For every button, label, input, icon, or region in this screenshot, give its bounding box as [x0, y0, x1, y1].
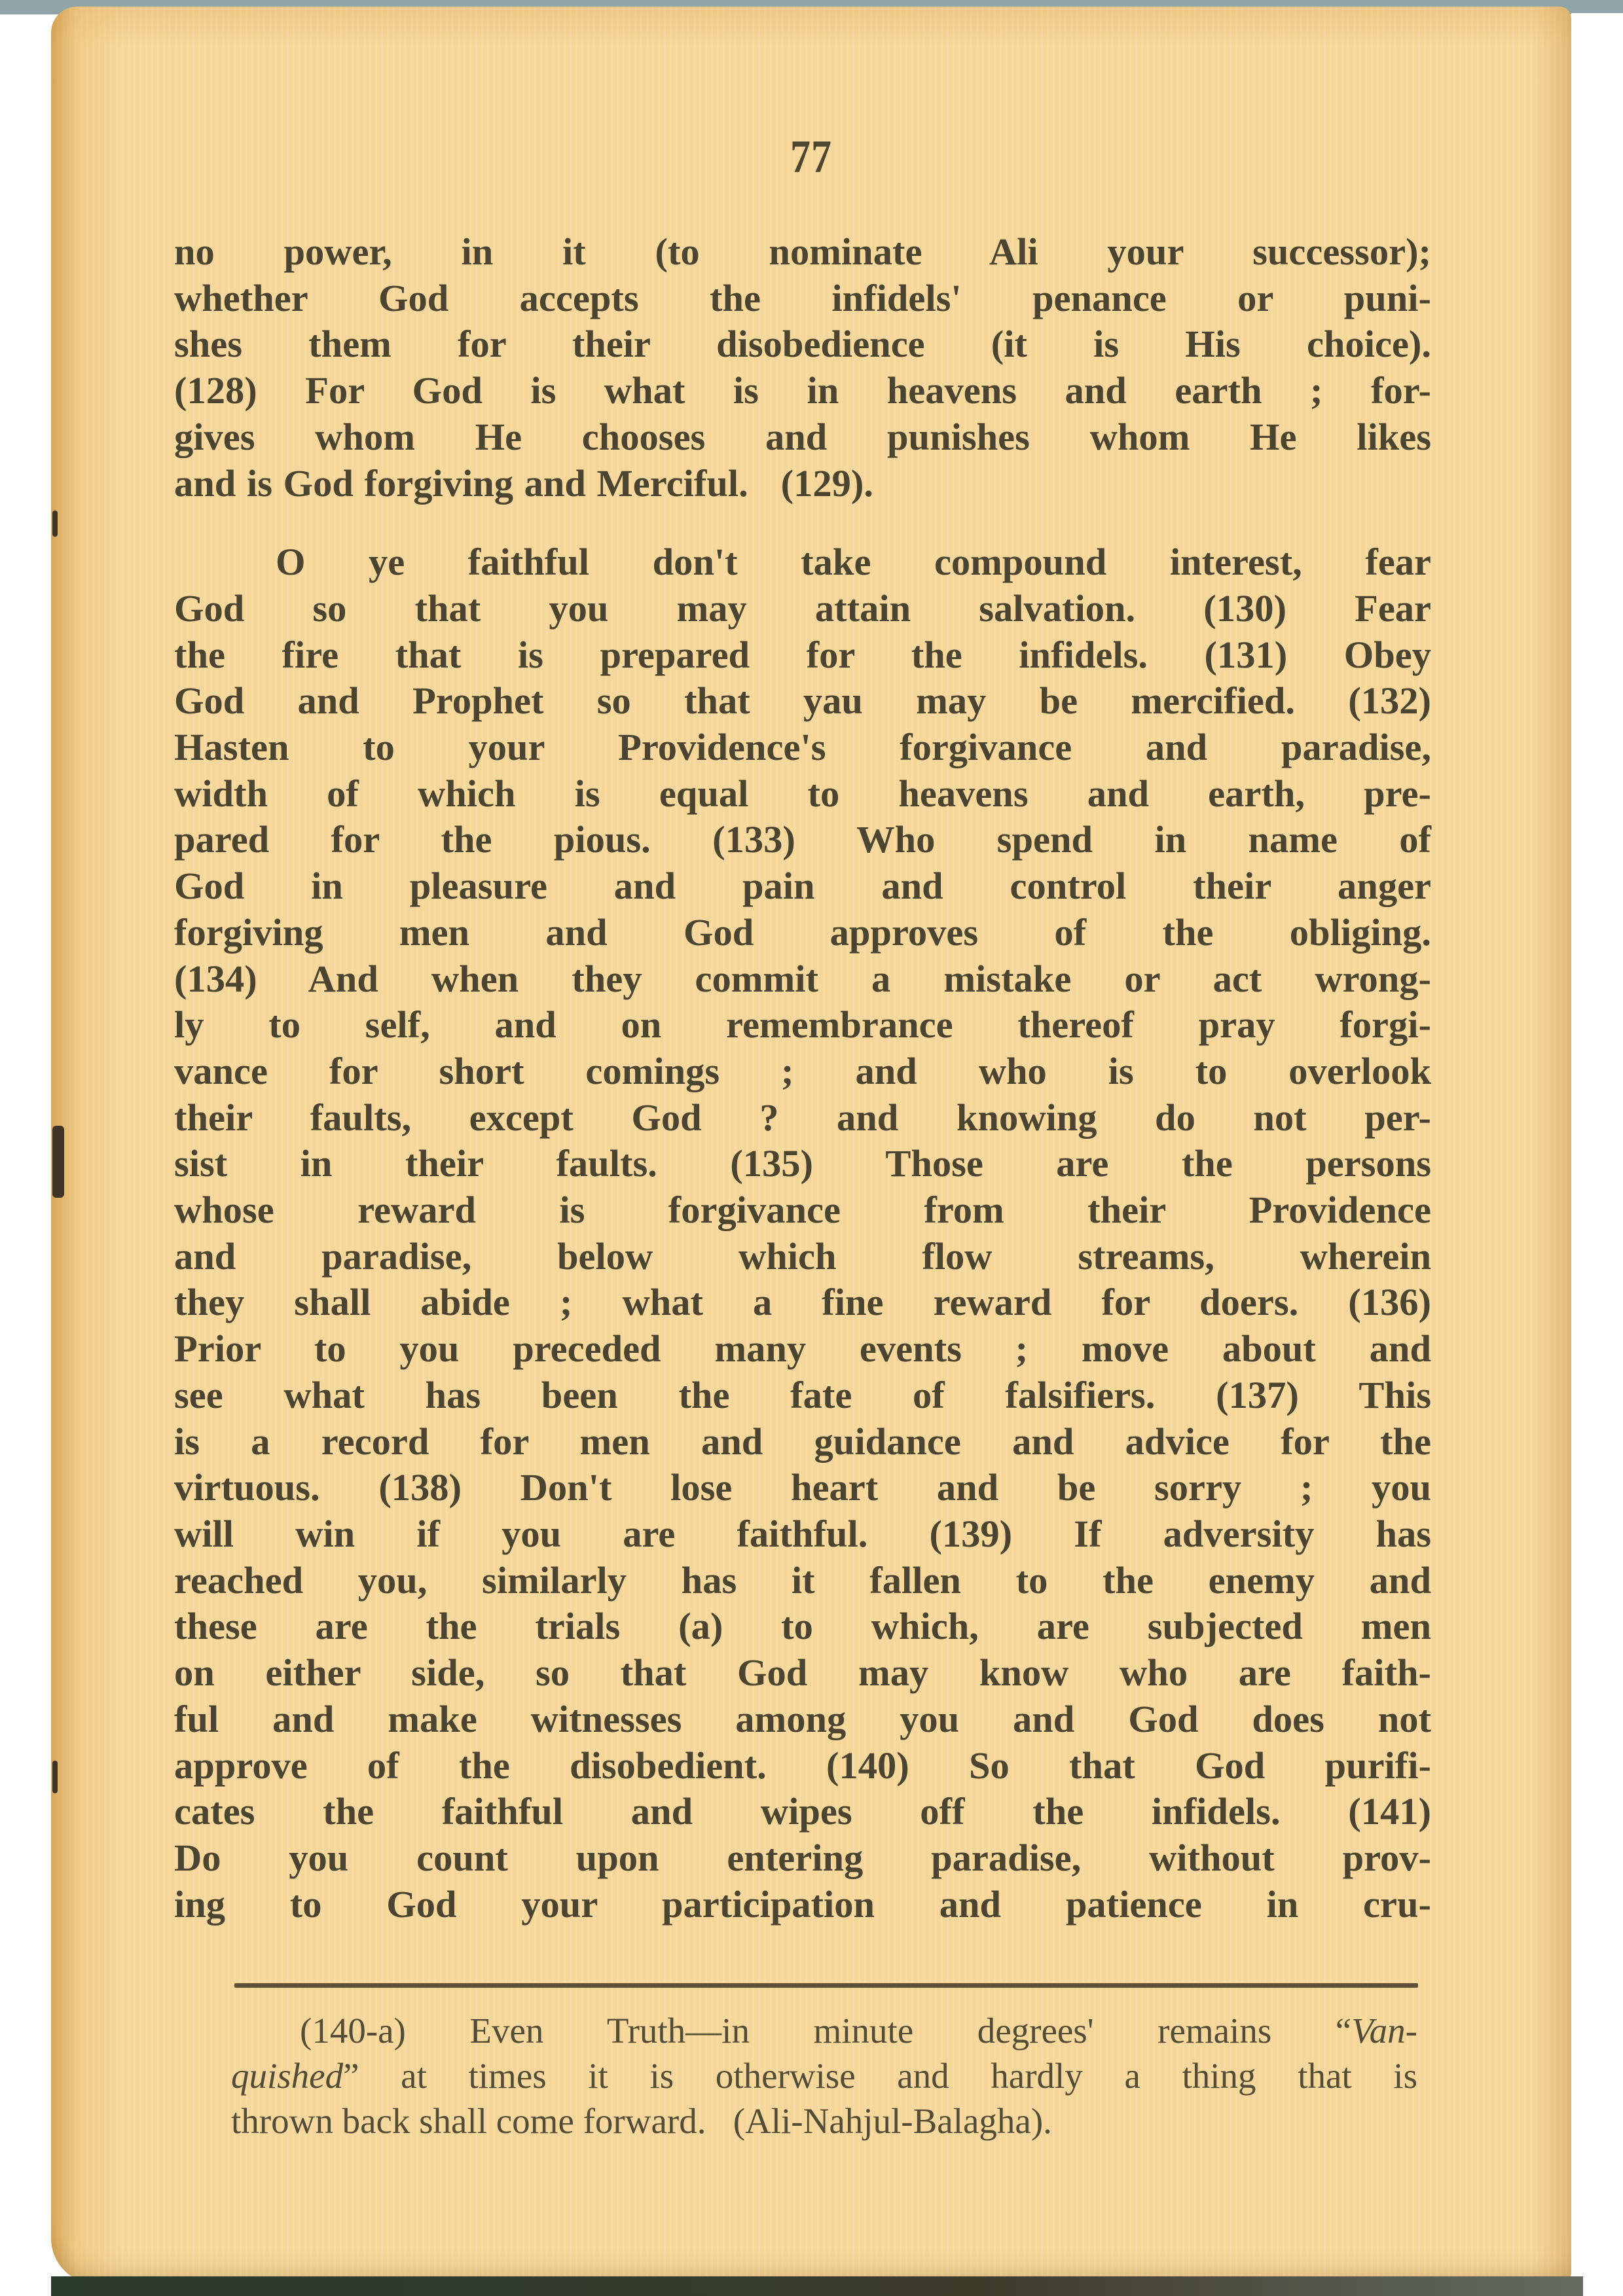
- footnote-divider: [234, 1983, 1418, 1988]
- binding-mark: [52, 1761, 58, 1793]
- text-line: will win if you are faithful. (139) If a…: [174, 1511, 1431, 1558]
- scanner-right-edge: [1571, 13, 1623, 2296]
- footnote-line: (140-a) Even Truth—in minute degrees' re…: [231, 2008, 1417, 2053]
- text-line: cates the faithful and wipes off the inf…: [174, 1789, 1431, 1835]
- text-line: (128) For God is what is in heavens and …: [174, 368, 1431, 414]
- text-line: and paradise, below which flow streams, …: [174, 1234, 1431, 1280]
- text-line: ing to God your participation and patien…: [174, 1882, 1431, 1928]
- text-line: reached you, similarly has it fallen to …: [174, 1558, 1431, 1604]
- text-line: whose reward is forgivance from their Pr…: [174, 1187, 1431, 1234]
- text-line: shes them for their disobedience (it is …: [174, 321, 1431, 368]
- text-line: these are the trials (a) to which, are s…: [174, 1604, 1431, 1650]
- text-line: Prior to you preceded many events ; move…: [174, 1326, 1431, 1372]
- text-line: no power, in it (to nominate Ali your su…: [174, 229, 1431, 276]
- text-line: forgiving men and God approves of the ob…: [174, 910, 1431, 956]
- text-line: ly to self, and on remembrance thereof p…: [174, 1002, 1431, 1049]
- body-text: no power, in it (to nominate Ali your su…: [174, 229, 1431, 1928]
- footnote-text: thrown back shall come forward. (Ali-Nah…: [231, 2101, 1052, 2141]
- text-line: and is God forgiving and Merciful. (129)…: [174, 461, 1431, 507]
- text-line: they shall abide ; what a fine reward fo…: [174, 1280, 1431, 1326]
- text-line: gives whom He chooses and punishes whom …: [174, 414, 1431, 461]
- text-line: width of which is equal to heavens and e…: [174, 771, 1431, 817]
- footnote-italic: quished: [231, 2056, 343, 2096]
- text-line: God and Prophet so that yau may be merci…: [174, 678, 1431, 725]
- footnote-line: thrown back shall come forward. (Ali-Nah…: [231, 2098, 1417, 2144]
- text-line: whether God accepts the infidels' penanc…: [174, 276, 1431, 322]
- text-line: vance for short comings ; and who is to …: [174, 1049, 1431, 1095]
- footnote: (140-a) Even Truth—in minute degrees' re…: [231, 2008, 1417, 2144]
- binding-mark: [52, 1126, 64, 1198]
- footnote-text: ” at times it is otherwise and hardly a …: [343, 2056, 1417, 2096]
- text-line: virtuous. (138) Don't lose heart and be …: [174, 1465, 1431, 1511]
- text-line: their faults, except God ? and knowing d…: [174, 1095, 1431, 1141]
- footnote-italic: Van-: [1351, 2011, 1417, 2051]
- paragraph-1: no power, in it (to nominate Ali your su…: [174, 229, 1431, 507]
- text-line: is a record for men and guidance and adv…: [174, 1419, 1431, 1465]
- text-line: sist in their faults. (135) Those are th…: [174, 1141, 1431, 1187]
- text-line: the fire that is prepared for the infide…: [174, 632, 1431, 679]
- text-line: O ye faithful don't take compound intere…: [174, 539, 1431, 586]
- text-line: pared for the pious. (133) Who spend in …: [174, 817, 1431, 863]
- paragraph-2: O ye faithful don't take compound intere…: [174, 539, 1431, 1928]
- text-line: God in pleasure and pain and control the…: [174, 863, 1431, 910]
- text-line: approve of the disobedient. (140) So tha…: [174, 1743, 1431, 1789]
- text-line: (134) And when they commit a mistake or …: [174, 956, 1431, 1003]
- paragraph-gap: [174, 507, 1431, 539]
- text-line: Hasten to your Providence's forgivance a…: [174, 725, 1431, 771]
- book-page: 77 no power, in it (to nominate Ali your…: [51, 7, 1571, 2284]
- footnote-line: quished” at times it is otherwise and ha…: [231, 2053, 1417, 2098]
- page-number: 77: [51, 131, 1571, 185]
- text-line: ful and make witnesses among you and God…: [174, 1696, 1431, 1743]
- binding-mark: [52, 511, 58, 537]
- text-line: God so that you may attain salvation. (1…: [174, 586, 1431, 632]
- text-line: on either side, so that God may know who…: [174, 1650, 1431, 1696]
- footnote-text: (140-a) Even Truth—in minute degrees' re…: [300, 2011, 1351, 2051]
- scanner-bottom-edge: [51, 2276, 1583, 2296]
- text-line: Do you count upon entering paradise, wit…: [174, 1835, 1431, 1882]
- text-line: see what has been the fate of falsifiers…: [174, 1372, 1431, 1419]
